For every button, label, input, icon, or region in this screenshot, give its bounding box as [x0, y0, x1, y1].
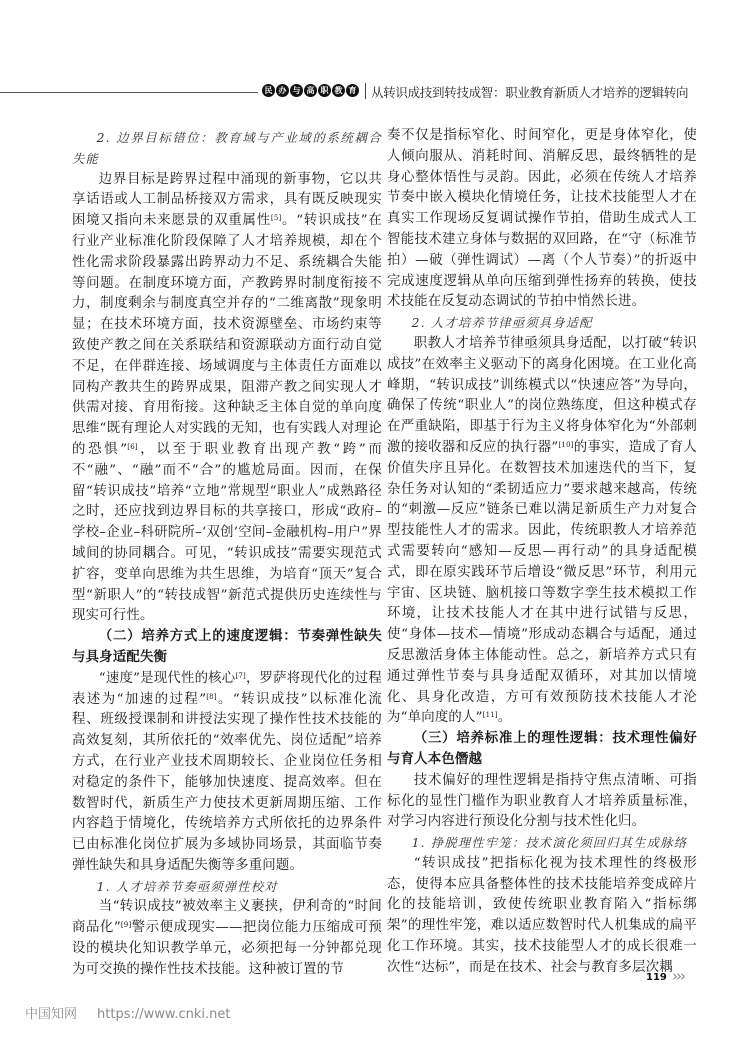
text-run: 职教人才培养节律亟须具身适配，以打破“转识成技”在效率主义驱动下的离身化困境。在… [387, 336, 697, 455]
subsection-heading: 2. 人才培养节律亟须具身适配 [387, 313, 697, 334]
watermark-name: 中国知网 [25, 1007, 77, 1022]
journal-badge: 办 [276, 84, 289, 97]
watermark-url[interactable]: https://www.cnki.net [97, 1007, 230, 1022]
journal-badges: 民 办 与 高 职 教 育 [262, 84, 359, 97]
text-run: 。“转识成技”以标准化流程、班级授课制和讲授法实现了操作性技术技能的高效复刻，其… [72, 692, 382, 873]
running-header: 民 办 与 高 职 教 育 从转识成技到转技成智：职业教育新质人才培养的逻辑转向 [0, 82, 750, 104]
left-column: 2. 边界目标错位：教育域与产业域的系统耦合失能 边界目标是跨界过程中涌现的新事… [72, 128, 382, 981]
right-column: 奏不仅是指标窄化、时间窄化，更是身体窄化，使人倾向服从、消耗时间、消解反思，最终… [387, 126, 697, 979]
cnki-watermark: 中国知网https://www.cnki.net [25, 1003, 230, 1022]
citation-ref[interactable]: [8] [206, 693, 217, 701]
article-running-title: 从转识成技到转技成智：职业教育新质人才培养的逻辑转向 [371, 83, 688, 101]
text-run: “速度”是现代性的核心 [99, 671, 236, 686]
citation-ref[interactable]: [5] [271, 214, 282, 222]
page-number: 119 [646, 972, 667, 983]
section-heading: （三）培养标准上的理性逻辑：技术理性偏好与育人本色僭越 [387, 729, 697, 771]
journal-badge: 育 [346, 84, 359, 97]
body-paragraph: 职教人才培养节律亟须具身适配，以打破“转识成技”在效率主义驱动下的离身化困境。在… [387, 334, 697, 729]
body-paragraph: “转识成技”把指标化视为技术理性的终极形态，使得本应具备整体性的技术技能培养变成… [387, 854, 697, 979]
body-paragraph: 当“转识成技”被效率主义裹挟，伊利奇的“时间商品化”[9]警示便成现实——把岗位… [72, 897, 382, 980]
text-run: 的事实，造成了育人价值失序且异化。在数智技术加速迭代的当下，复杂任务对认知的“柔… [387, 440, 697, 725]
citation-ref[interactable]: [10] [558, 441, 573, 449]
citation-ref[interactable]: [6] [127, 443, 138, 451]
journal-badge: 与 [290, 84, 303, 97]
chevrons-right-icon: ››› [672, 967, 684, 985]
citation-ref[interactable]: [11] [483, 711, 498, 719]
journal-badge: 职 [318, 84, 331, 97]
section-heading: （二）培养方式上的速度逻辑：节奏弹性缺失与具身适配失衡 [72, 627, 382, 669]
body-paragraph: 奏不仅是指标窄化、时间窄化，更是身体窄化，使人倾向服从、消耗时间、消解反思，最终… [387, 126, 697, 313]
text-run: 。 [498, 710, 512, 725]
journal-badge: 教 [332, 84, 345, 97]
subsection-heading: 2. 边界目标错位：教育域与产业域的系统耦合失能 [72, 128, 382, 170]
journal-badge: 民 [262, 84, 275, 97]
body-paragraph: 边界目标是跨界过程中涌现的新事物，它以共享话语或人工制品桥接双方需求，具有既反映… [72, 170, 382, 628]
subsection-heading: 1. 挣脱理性牢笼：技术演化须回归其生成脉络 [387, 833, 697, 854]
header-rule [0, 92, 258, 93]
body-paragraph: “速度”是现代性的核心[7]，罗萨将现代化的过程表述为“加速的过程”[8]。“转… [72, 669, 382, 877]
journal-badge: 高 [304, 84, 317, 97]
header-divider [365, 83, 366, 99]
text-run: 。“转识成技”在行业产业标准化阶段保障了人才培养规模，却在个性化需求阶段暴露出跨… [72, 213, 382, 457]
citation-ref[interactable]: [7] [235, 672, 246, 680]
body-paragraph: 技术偏好的理性逻辑是指持守焦点清晰、可指标化的显性门槛作为职业教育人才培养质量标… [387, 771, 697, 833]
text-run: ，以至于职业教育出现产教“跨”而不“融”、“融”而不“合”的尴尬局面。因而，在保… [72, 442, 382, 623]
subsection-heading: 1. 人才培养节奏亟须弹性校对 [72, 877, 382, 898]
citation-ref[interactable]: [9] [121, 921, 132, 929]
